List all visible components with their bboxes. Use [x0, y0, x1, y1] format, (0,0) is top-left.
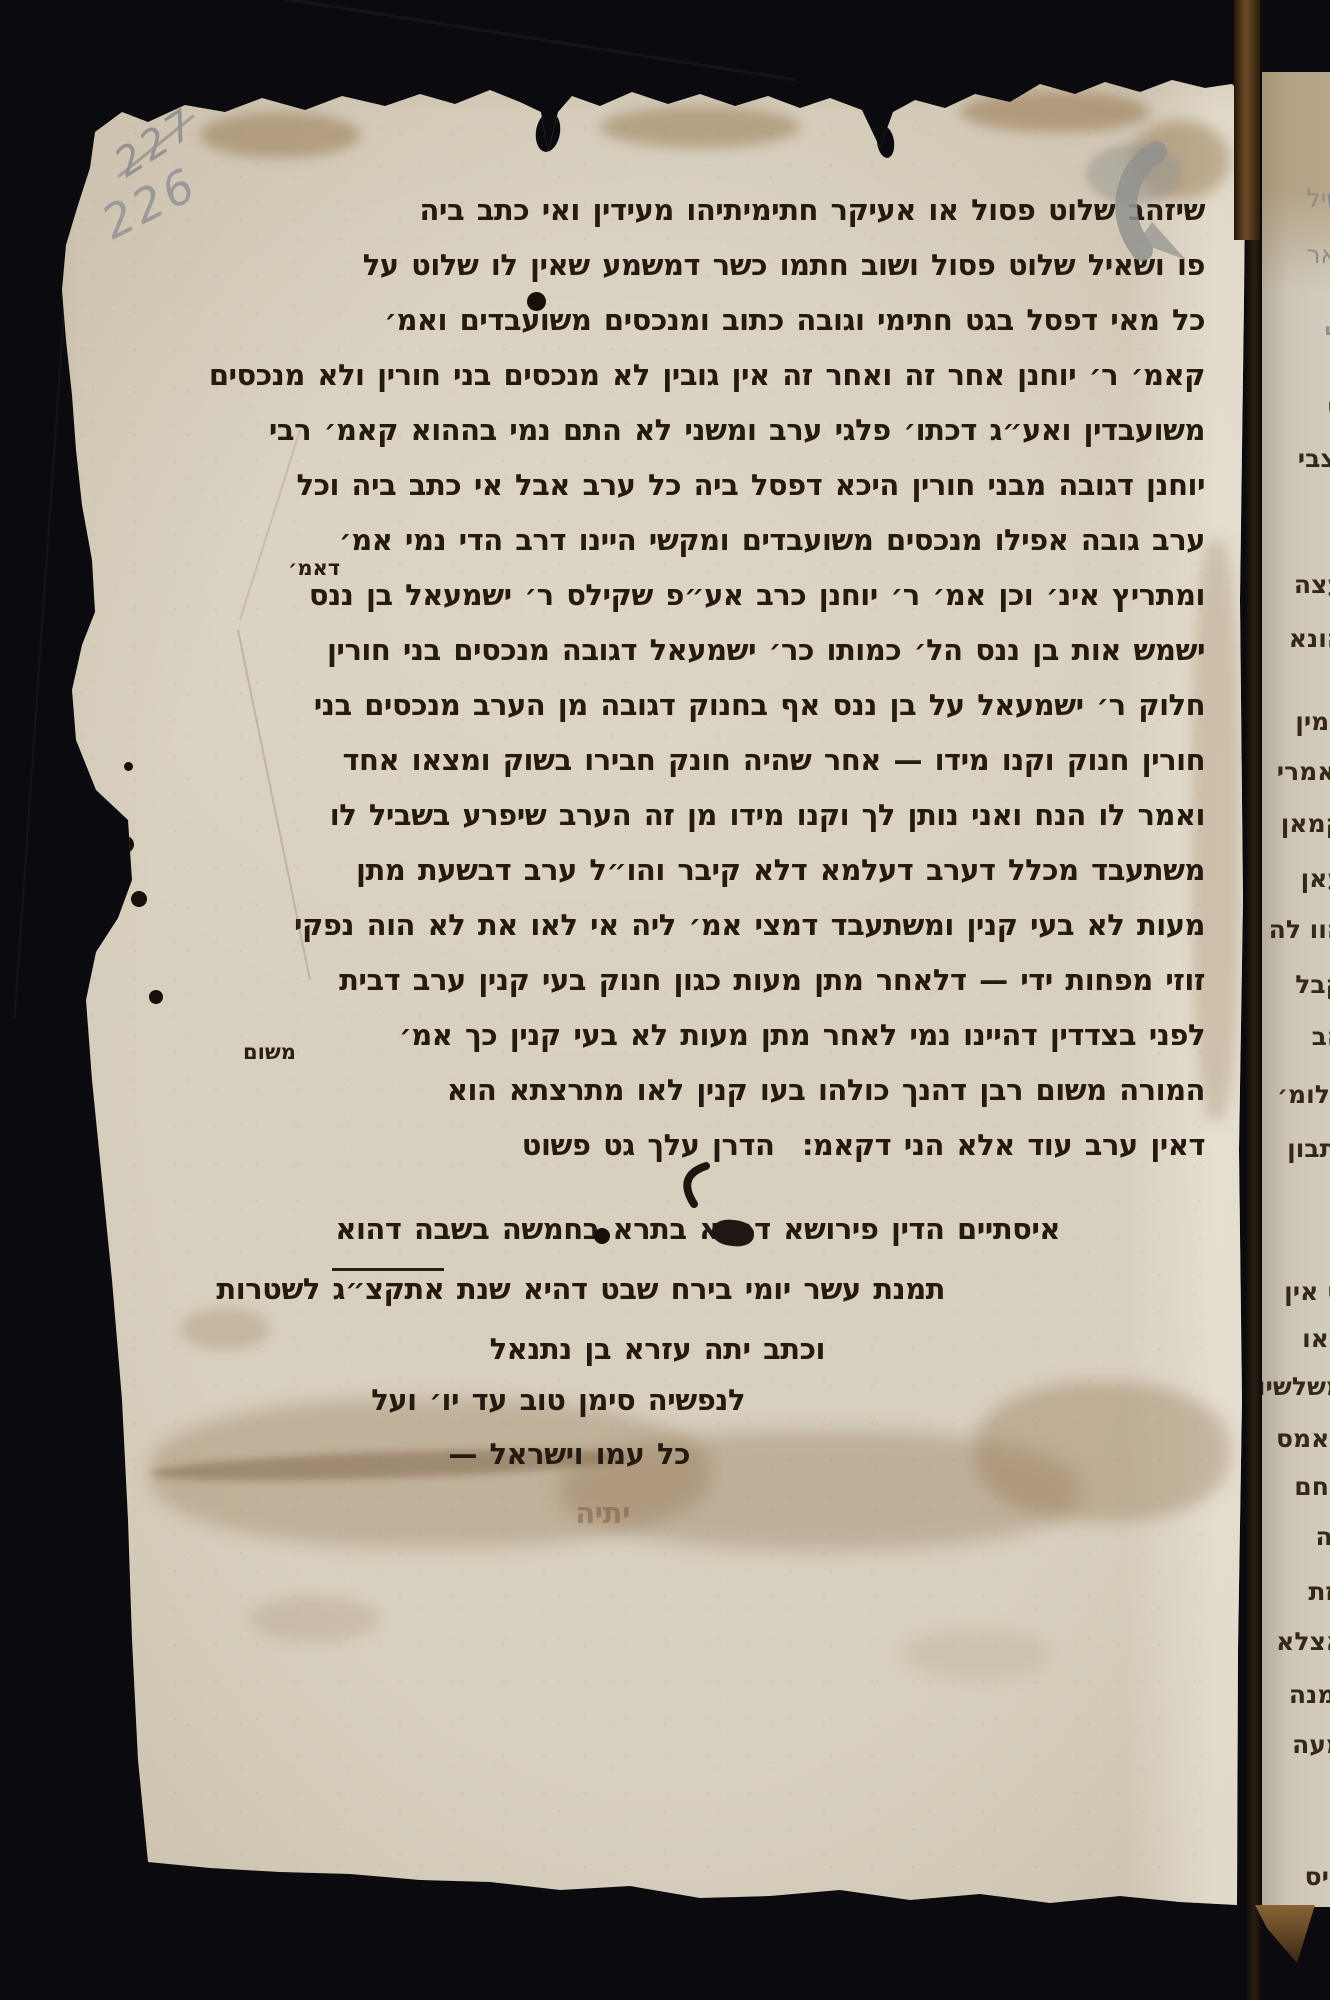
facing-text-fragment: ומנה	[1264, 1680, 1330, 1709]
photographed-manuscript-scene: 227 226 שיזהב שלוט פסול או אעיקר חתימיתי…	[0, 0, 1330, 2000]
top-edge-stain	[600, 106, 800, 148]
colophon-line: כל עמו וישראל —	[448, 1437, 690, 1471]
facing-text-fragment: נה	[1264, 1522, 1330, 1551]
text-line: המורה משום רבן דהנך כולהו בעו קנין לאו מ…	[185, 1063, 1205, 1118]
text-line: זוזי מפחות ידי — דלאחר מתן מעות כגון חנו…	[185, 953, 1205, 1008]
facing-text-fragment: וזת	[1264, 1577, 1330, 1606]
colophon-era-text: לשטרות	[216, 1272, 332, 1306]
text-line: משתעבד מכלל דערב דעלמא דלא קיבר והו״ל ער…	[185, 843, 1205, 898]
ink-dot	[131, 891, 147, 907]
facing-text-fragment: יצבי	[1264, 444, 1330, 473]
backdrop-scuff	[184, 0, 797, 81]
facing-text-fragment: הב	[1264, 1022, 1330, 1051]
colophon-scribe-line: וכתב יתה עזרא בן נתנאל	[490, 1332, 825, 1366]
binding-gutter	[1246, 0, 1262, 2000]
bottom-stain-band	[975, 1382, 1230, 1522]
torn-edge-notch	[533, 110, 563, 153]
colophon-faded-line: יתיה	[575, 1496, 630, 1530]
facing-text-fragment: ס	[1264, 392, 1330, 421]
gray-smudge	[1086, 144, 1182, 204]
text-line: מעות לא בעי קנין ומשתעבד דמצי אמ׳ ליה אי…	[185, 898, 1205, 953]
spine-edge-strip	[1234, 0, 1260, 240]
facing-text-fragment: ז	[1264, 497, 1330, 526]
ink-dot	[124, 762, 133, 771]
text-line: כל מאי דפסל בגט חתימי וגובה כתוב ומנכסים…	[185, 293, 1205, 348]
facing-text-fragment: לחם	[1264, 1472, 1330, 1501]
text-line: פו ושאיל שלוט פסול ושוב חתמו כשר דמשמע ש…	[185, 238, 1205, 293]
facing-text-fragment: ואר	[1264, 240, 1330, 269]
facing-text-fragment: ט אין	[1264, 1277, 1330, 1306]
text-line: שיזהב שלוט פסול או אעיקר חתימיתיהו מעידי…	[185, 183, 1205, 238]
facing-text-fragment: עאן	[1264, 864, 1330, 893]
colophon-line: תמנת עשר יומי בירח שבט דהיא שנת אתקצ״ג ל…	[216, 1272, 945, 1306]
facing-page-sliver: שיל ואר ל ס יצבי ז עצה הונא יימין ואמרי …	[1262, 72, 1330, 1907]
text-line: חלוק ר׳ ישמעאל על בן ננס אף בחנוק דגובה …	[185, 678, 1205, 733]
text-line: לפני בצדדין דהיינו נמי לאחר מתן מעות לא …	[185, 1008, 1205, 1063]
text-line: קאמ׳ ר׳ יוחנן אחר זה ואחר זה אין גובין ל…	[185, 348, 1205, 403]
facing-text-fragment: יימין	[1264, 707, 1330, 736]
facing-text-fragment: אצלא	[1264, 1627, 1330, 1656]
small-stain	[180, 1308, 270, 1350]
facing-text-fragment: ריס	[1264, 1862, 1330, 1891]
facing-text-fragment: ל	[1264, 320, 1330, 360]
facing-text-fragment: קבל	[1264, 970, 1330, 999]
text-line: חורין חנוק וקנו מידו — אחר שהיה חונק חבי…	[185, 733, 1205, 788]
colophon-date-text: תמנת עשר יומי בירח שבט דהיא שנת	[444, 1272, 945, 1306]
ink-dot	[594, 1228, 610, 1244]
colophon-year: אתקצ״ג	[332, 1268, 444, 1306]
top-edge-stain	[200, 112, 360, 158]
facing-text-fragment: ואמרי	[1264, 757, 1330, 786]
facing-text-fragment: קמאן	[1264, 809, 1330, 838]
small-stain	[900, 1628, 1050, 1680]
colophon-line: לנפשיה סימן טוב עד יו׳ ועל	[371, 1383, 745, 1417]
interlinear-gloss: משום	[243, 1040, 296, 1064]
top-edge-stain	[960, 92, 1150, 132]
facing-text-fragment: עצה	[1264, 570, 1330, 599]
facing-text-fragment: הונא	[1264, 624, 1330, 653]
closing-line-text: דאין ערב עוד אלא הני דקאמ׃	[802, 1128, 1205, 1162]
text-line: ואמר לו הנח ואני נותן לך וקנו מידו מן זה…	[185, 788, 1205, 843]
facing-text-fragment: משלשיו	[1264, 1372, 1330, 1401]
facing-text-fragment: לאו	[1264, 1324, 1330, 1353]
text-line: ישמש אות בן ננס הל׳ כמותו כר׳ ישמעאל דגו…	[185, 623, 1205, 678]
text-line: יוחנן דגובה מבני חורין היכא דפסל ביה כל …	[185, 458, 1205, 513]
facing-text-fragment: ן	[1264, 1224, 1330, 1253]
facing-text-fragment: מעה	[1264, 1730, 1330, 1759]
small-stain	[250, 1596, 380, 1642]
manuscript-page: 227 226 שיזהב שלוט פסול או אעיקר חתימיתי…	[0, 0, 1330, 2000]
parchment-flap	[80, 816, 108, 886]
facing-text-fragment: הוו לה	[1264, 915, 1330, 944]
facing-text-fragment: כלומ׳	[1264, 1080, 1330, 1109]
facing-text-fragment: דאמס	[1264, 1424, 1330, 1453]
main-text-block: שיזהב שלוט פסול או אעיקר חתימיתיהו מעידי…	[185, 183, 1205, 1173]
ink-dot	[117, 836, 134, 853]
facing-text-fragment: יתבון	[1264, 1134, 1330, 1163]
backdrop-scuff	[13, 261, 68, 1019]
facing-text-fragment: שיל	[1264, 184, 1330, 213]
text-line: משועבדין ואע״ג דכתו׳ פלגי ערב ומשני לא ה…	[185, 403, 1205, 458]
tractate-end-formula: הדרן עלך גט פשוט	[522, 1128, 775, 1162]
ink-dot	[527, 292, 546, 311]
closing-line: דאין ערב עוד אלא הני דקאמ׃הדרן עלך גט פש…	[185, 1118, 1205, 1173]
book-fore-edge	[1255, 1905, 1315, 1963]
interlinear-gloss: דאמ׳	[288, 556, 340, 580]
torn-edge-notch	[875, 125, 896, 159]
ink-dot	[149, 990, 163, 1004]
colophon-line: איסתיים הדין פירושא דבבא בתרא בחמשה בשבה…	[335, 1212, 1060, 1246]
